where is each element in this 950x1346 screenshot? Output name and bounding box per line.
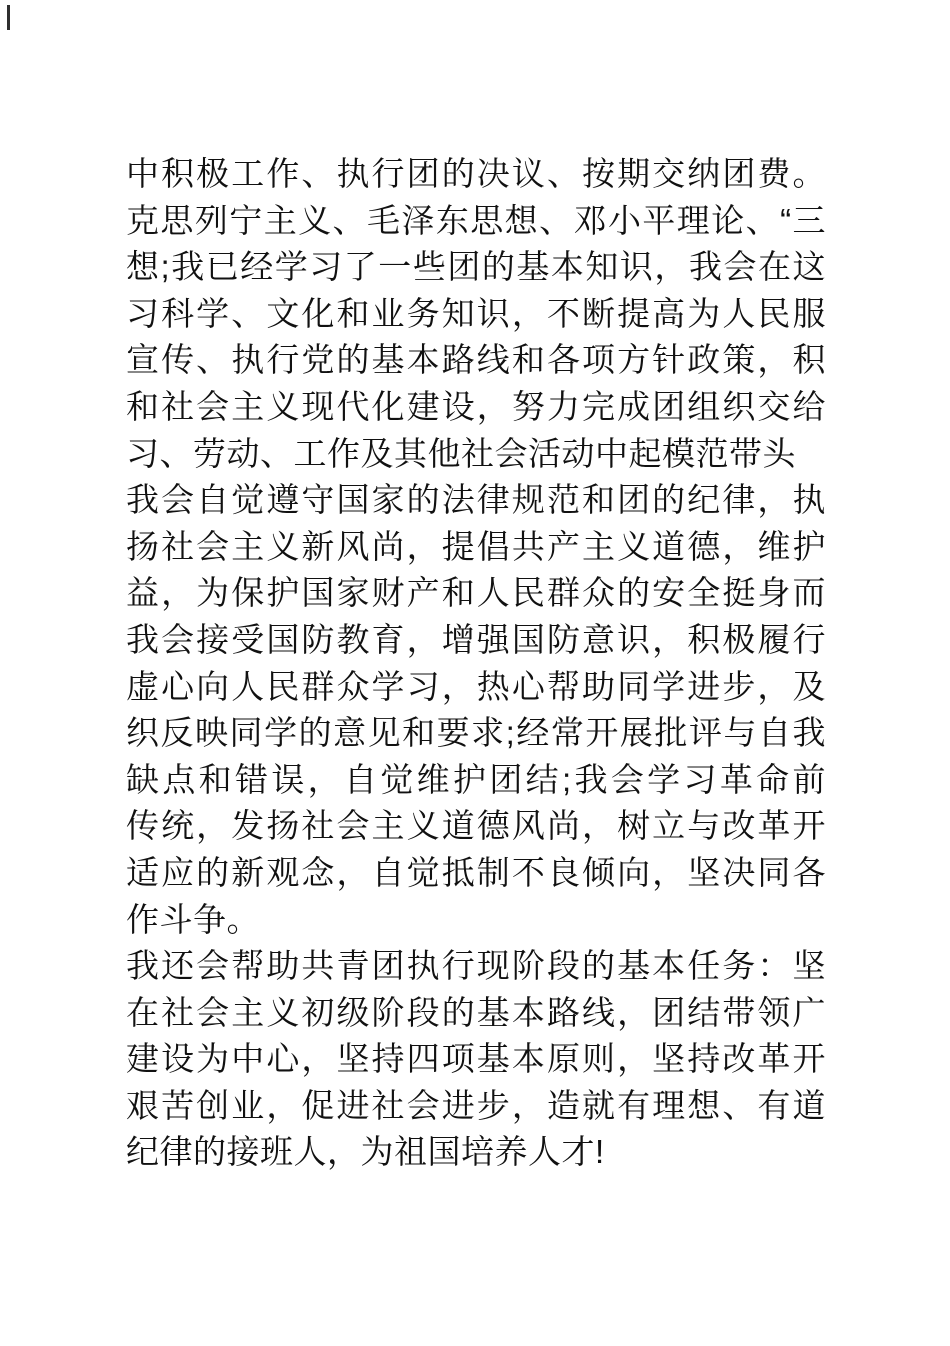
paragraph: 中积极工作、执行团的决议、按期交纳团费。我会努力学习马 克思列宁主义、毛泽东思想… — [126, 151, 826, 477]
text-line: 艰苦创业，促进社会进步，造就有理想、有道德、有文化、有 — [126, 1083, 826, 1130]
text-line: 建设为中心，坚持四项基本原则，坚持改革开放，自力更生， — [126, 1036, 826, 1083]
text-line: 织反映同学的意见和要求;经常开展批评与自我批评，勇于改正 — [126, 710, 826, 757]
text-line: 益，为保护国家财产和人民群众的安全挺身而出，英勇斗争。 — [126, 570, 826, 617]
corner-mark — [7, 5, 10, 30]
text-line: 纪律的接班人，为祖国培养人才! — [126, 1129, 826, 1176]
text-line: 宣传、执行党的基本路线和各项方针政策，积极参加改革开放 — [126, 337, 826, 384]
paragraph: 我还会帮助共青团执行现阶段的基本任务：坚定不移地贯彻党 在社会主义初级阶段的基本… — [126, 943, 826, 1176]
text-line: 我会自觉遵守国家的法律规范和团的纪律，执行团的决议，发 — [126, 477, 826, 524]
text-line: 扬社会主义新风尚，提倡共产主义道德，维护国家和人民的利 — [126, 524, 826, 571]
text-line: 传统，发扬社会主义道德风尚，树立与改革开放和社会发展想 — [126, 803, 826, 850]
text-line: 缺点和错误，自觉维护团结;我会学习革命前辈，继承党的优良 — [126, 757, 826, 804]
text-line: 和社会主义现代化建设，努力完成团组织交给的任务，在学 — [126, 384, 826, 431]
paragraph: 我会自觉遵守国家的法律规范和团的纪律，执行团的决议，发 扬社会主义新风尚，提倡共… — [126, 477, 826, 943]
text-line: 在社会主义初级阶段的基本路线，团结带领广大青年，以经济 — [126, 990, 826, 1037]
text-line: 中积极工作、执行团的决议、按期交纳团费。我会努力学习马 — [126, 151, 826, 198]
text-line: 我还会帮助共青团执行现阶段的基本任务：坚定不移地贯彻党 — [126, 943, 826, 990]
text-line: 我会接受国防教育，增强国防意识，积极履行保卫祖国的义务; — [126, 617, 826, 664]
text-line: 克思列宁主义、毛泽东思想、邓小平理论、“三个代表”重要思 — [126, 198, 826, 245]
document-page: 中积极工作、执行团的决议、按期交纳团费。我会努力学习马 克思列宁主义、毛泽东思想… — [0, 0, 950, 1346]
text-line: 虚心向人民群众学习，热心帮助同学进步，及时向学校和团组 — [126, 664, 826, 711]
text-block: 中积极工作、执行团的决议、按期交纳团费。我会努力学习马 克思列宁主义、毛泽东思想… — [126, 151, 826, 1176]
text-line: 习、劳动、工作及其他社会活动中起模范带头作用。 — [126, 431, 826, 478]
text-line: 适应的新观念，自觉抵制不良倾向，坚决同各种犯罪违法行为 — [126, 850, 826, 897]
text-line: 想;我已经学习了一些团的基本知识，我会在这基础上进一步学 — [126, 244, 826, 291]
text-line: 习科学、文化和业务知识，不断提高为人民服务的本领。我会 — [126, 291, 826, 338]
text-line: 作斗争。 — [126, 897, 826, 944]
